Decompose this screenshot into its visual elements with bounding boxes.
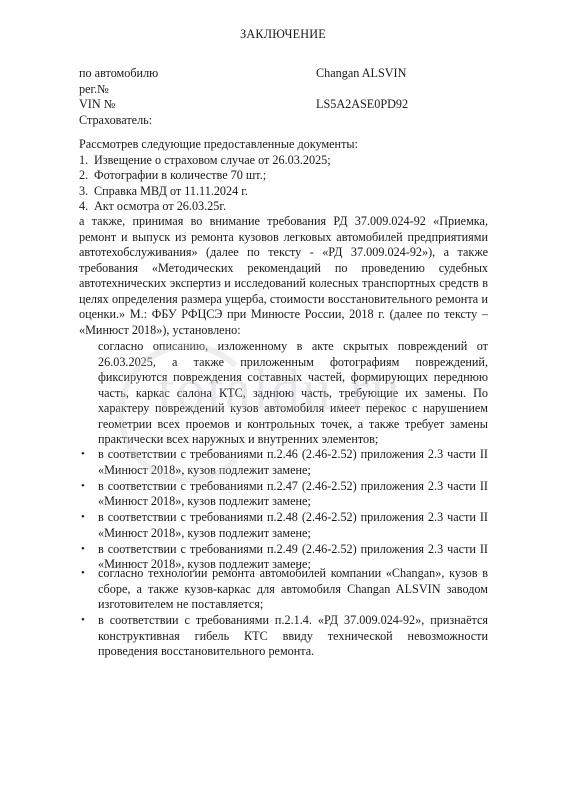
list-number: 3.: [79, 184, 94, 200]
list-number: 4.: [79, 199, 94, 215]
info-value: Changan ALSVIN: [316, 66, 499, 82]
info-label: VIN №: [79, 97, 316, 113]
list-item: •в соответствии с требованиями п.2.46 (2…: [79, 447, 488, 478]
conclusion-bullets-2: •согласно технологии ремонта автомобилей…: [79, 566, 488, 660]
bullet-text: в соответствии с требованиями п.2.47 (2.…: [98, 479, 488, 509]
conclusion-bullets-1: •в соответствии с требованиями п.2.46 (2…: [79, 447, 488, 573]
list-text: Фотографии в количестве 70 шт.;: [94, 168, 266, 184]
info-label: Страхователь:: [79, 113, 316, 129]
bullet-text: в соответствии с требованиями п.2.48 (2.…: [98, 510, 488, 540]
document-title: ЗАКЛЮЧЕНИЕ: [0, 27, 566, 42]
list-item: •в соответствии с требованиями п.2.47 (2…: [79, 479, 488, 510]
finding-paragraph: согласно описанию, изложенному в акте ск…: [98, 339, 488, 448]
list-item: 2. Фотографии в количестве 70 шт.;: [79, 168, 499, 184]
list-item: •согласно технологии ремонта автомобилей…: [79, 566, 488, 613]
requirements-paragraph: а также, принимая во внимание требования…: [79, 214, 488, 338]
list-item: 4. Акт осмотра от 26.03.25г.: [79, 199, 499, 215]
list-item: •в соответствии с требованиями п.2.48 (2…: [79, 510, 488, 541]
info-row-vehicle: по автомобилю Changan ALSVIN: [79, 66, 499, 82]
list-text: Акт осмотра от 26.03.25г.: [94, 199, 226, 215]
list-text: Извещение о страховом случае от 26.03.20…: [94, 153, 331, 169]
list-item: •в соответствии с требованиями п.2.1.4. …: [79, 613, 488, 660]
bullet-text: в соответствии с требованиями п.2.46 (2.…: [98, 447, 488, 477]
vehicle-info: по автомобилю Changan ALSVIN рег.№ VIN №…: [79, 66, 499, 128]
document-page: ЗАКЛЮЧЕНИЕ по автомобилю Changan ALSVIN …: [0, 0, 566, 800]
list-text: Справка МВД от 11.11.2024 г.: [94, 184, 248, 200]
bullet-icon: •: [81, 510, 85, 526]
documents-list: 1. Извещение о страховом случае от 26.03…: [79, 153, 499, 215]
bullet-icon: •: [81, 479, 85, 495]
bullet-icon: •: [81, 613, 85, 629]
list-item: 3. Справка МВД от 11.11.2024 г.: [79, 184, 499, 200]
documents-intro: Рассмотрев следующие предоставленные док…: [79, 137, 499, 153]
bullet-text: в соответствии с требованиями п.2.1.4. «…: [98, 613, 488, 658]
info-label: рег.№: [79, 82, 316, 98]
documents-list-section: Рассмотрев следующие предоставленные док…: [79, 137, 499, 215]
list-item: 1. Извещение о страховом случае от 26.03…: [79, 153, 499, 169]
info-row-vin: VIN № LS5A2ASE0PD92: [79, 97, 499, 113]
bullet-text: согласно технологии ремонта автомобилей …: [98, 566, 488, 611]
info-row-insured: Страхователь:: [79, 113, 499, 129]
info-value: LS5A2ASE0PD92: [316, 97, 499, 113]
bullet-icon: •: [81, 447, 85, 463]
info-label: по автомобилю: [79, 66, 316, 82]
info-row-reg: рег.№: [79, 82, 499, 98]
info-value: [316, 82, 499, 98]
bullet-icon: •: [81, 566, 85, 582]
bullet-icon: •: [81, 542, 85, 558]
list-number: 1.: [79, 153, 94, 169]
list-number: 2.: [79, 168, 94, 184]
info-value: [316, 113, 499, 129]
